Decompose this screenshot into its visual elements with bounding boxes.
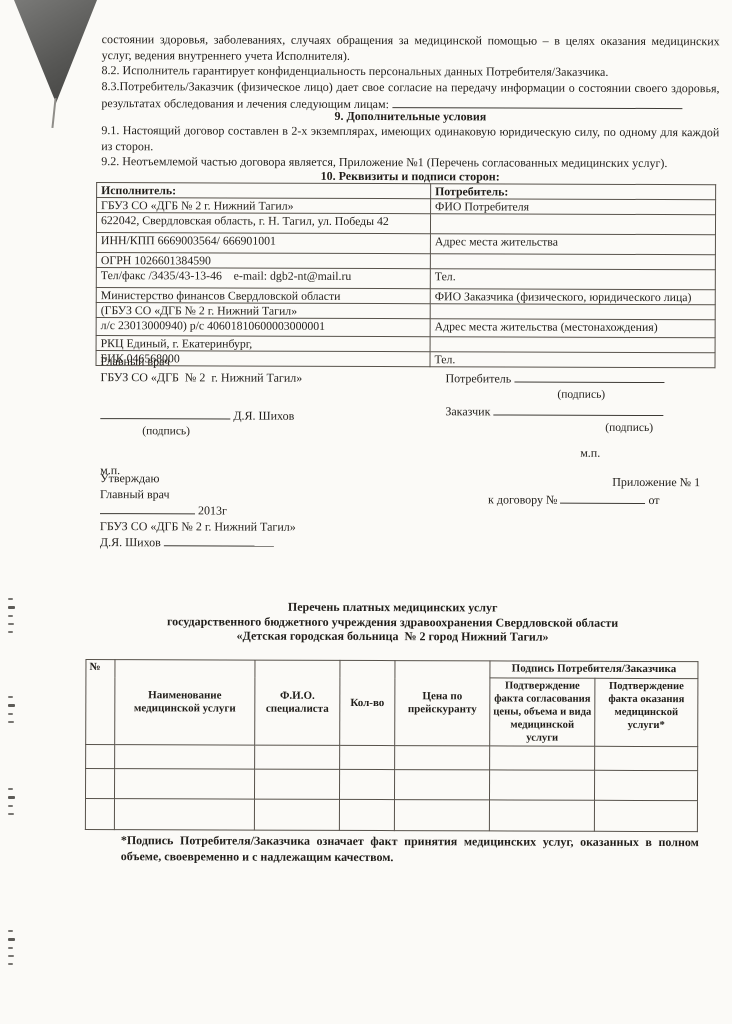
col-qty-header: Кол-во (340, 660, 395, 745)
empty-cell (595, 746, 698, 770)
empty-cell (594, 770, 697, 800)
table-cell (430, 214, 715, 235)
col-specialist-header: Ф.И.О. специалиста (255, 660, 340, 745)
from-label: от (648, 493, 659, 507)
col-sign-confirm-done-header: Подтверждение факта оказания медицинской… (595, 678, 698, 746)
table-cell: Тел/факс /3435/43-13-46 e-mail: dgb2-nt@… (96, 268, 430, 289)
empty-cell (490, 746, 595, 770)
empty-cell (114, 799, 254, 830)
empty-cell (489, 770, 594, 800)
approval-block: Утверждаю Главный врач 2013г ГБУЗ СО «ДГ… (100, 471, 420, 552)
signature-caption: (подпись) (445, 420, 717, 436)
empty-cell (394, 770, 489, 800)
approver-org: ГБУЗ СО «ДГБ № 2 г. Нижний Тагил» (100, 519, 420, 536)
to-contract-label: к договору № (488, 492, 557, 506)
table-row: ОГРН 1026601384590 (96, 253, 715, 270)
table-cell: РКЦ Единый, г. Екатеринбург, (96, 336, 430, 352)
clause-8-intro-continuation: состоянии здоровья, заболеваниях, случая… (102, 32, 720, 65)
table-cell: Тел. (430, 352, 715, 368)
clause-8-2: 8.2. Исполнитель гарантирует конфиденциа… (102, 63, 720, 81)
table-cell: ГБУЗ СО «ДГБ № 2 г. Нижний Тагил» (97, 198, 431, 214)
col-price-header: Цена по прейскуранту (395, 661, 490, 746)
table-row: РКЦ Единый, г. Екатеринбург, (96, 336, 715, 353)
signature-caption: (подпись) (100, 424, 400, 441)
empty-cell (115, 745, 255, 769)
requisites-table: Исполнитель: Потребитель: ГБУЗ СО «ДГБ №… (96, 182, 717, 368)
empty-cell (86, 745, 115, 769)
table-cell: ИНН/КПП 6669003564/ 666901001 (96, 233, 430, 254)
empty-service-row (85, 769, 697, 801)
table-cell (430, 337, 715, 353)
table-cell: Адрес места жительства (местонахождения) (430, 319, 715, 338)
empty-cell (254, 799, 339, 830)
empty-cell (340, 745, 395, 769)
table-row: ИНН/КПП 6669003564/ 666901001 Адрес мест… (96, 233, 715, 255)
empty-cell (114, 769, 254, 799)
empty-service-row (85, 799, 697, 832)
date-line (100, 502, 195, 514)
executor-org: ГБУЗ СО «ДГБ № 2 г. Нижний Тагил» (100, 370, 400, 387)
signature-line (100, 407, 230, 419)
executor-name: Д.Я. Шихов (233, 409, 294, 423)
consumer-signature-block: Потребитель (подпись) Заказчик (подпись)… (445, 370, 717, 461)
approver-name: Д.Я. Шихов (100, 535, 161, 549)
appendix-number: Приложение № 1 (560, 475, 700, 491)
document-content: состоянии здоровья, заболеваниях, случая… (0, 0, 732, 1024)
table-cell: ФИО Потребителя (431, 199, 716, 215)
signature-line (514, 371, 664, 384)
table-row: 622042, Свердловская область, г. Н. Таги… (96, 213, 715, 235)
appendix-title-line3: «Детская городская больница № 2 город Ни… (86, 628, 700, 645)
table-cell: (ГБУЗ СО «ДГБ № 2 г. Нижний Тагил» (96, 303, 430, 319)
empty-cell (255, 745, 340, 769)
table-header-row: № Наименование медицинской услуги Ф.И.О.… (86, 660, 698, 679)
table-cell (430, 304, 715, 320)
appendix-title-line2: государственного бюджетного учреждения з… (86, 614, 700, 631)
table-cell: ФИО Заказчика (физического, юридического… (430, 289, 715, 305)
table-cell: ОГРН 1026601384590 (96, 253, 430, 269)
approval-year: 2013г (198, 503, 227, 517)
empty-cell (339, 799, 394, 830)
seal-caption: м.п. (445, 445, 717, 461)
col-sign-confirm-price-header: Подтверждение факта согласования цены, о… (490, 678, 595, 746)
table-row: л/с 23013000940) р/с 4060181060000300000… (96, 318, 715, 338)
services-table: № Наименование медицинской услуги Ф.И.О.… (85, 659, 699, 832)
table-cell: Министерство финансов Свердловской облас… (96, 288, 430, 304)
col-sign-group-header: Подпись Потребителя/Заказчика (490, 661, 698, 679)
empty-cell (339, 769, 394, 799)
empty-cell (85, 799, 114, 830)
table-row: Тел/факс /3435/43-13-46 e-mail: dgb2-nt@… (96, 268, 715, 290)
empty-service-row (86, 745, 698, 771)
customer-label: Заказчик (445, 404, 490, 418)
executor-header-cell: Исполнитель: (97, 183, 431, 199)
signature-line (164, 534, 274, 546)
executor-role: Главный врач (100, 354, 400, 371)
contract-number-line (560, 492, 645, 504)
scanned-contract-page: состоянии здоровья, заболеваниях, случая… (0, 0, 732, 1024)
table-row: Министерство финансов Свердловской облас… (96, 288, 715, 305)
executor-signature-block: Главный врач ГБУЗ СО «ДГБ № 2 г. Нижний … (100, 354, 400, 480)
consumer-label: Потребитель (445, 371, 511, 385)
empty-cell (85, 769, 114, 799)
table-cell: л/с 23013000940) р/с 4060181060000300000… (96, 318, 430, 337)
col-service-header: Наименование медицинской услуги (115, 660, 255, 745)
approver-role: Главный врач (100, 487, 420, 504)
table-cell: 622042, Свердловская область, г. Н. Таги… (96, 213, 430, 234)
approve-label: Утверждаю (100, 471, 420, 488)
table-cell: Тел. (430, 269, 715, 290)
consumer-header-cell: Потребитель: (431, 184, 716, 200)
empty-cell (394, 800, 489, 831)
appendix-title: Перечень платных медицинских услуг госуд… (86, 599, 700, 645)
table-cell (430, 254, 715, 270)
table-cell: Адрес места жительства (430, 234, 715, 255)
empty-cell (254, 769, 339, 799)
empty-cell (594, 800, 697, 831)
signature-line (493, 403, 663, 416)
empty-cell (489, 800, 594, 831)
services-footnote: *Подпись Потребителя/Заказчика означает … (121, 832, 699, 866)
empty-cell (395, 746, 490, 770)
signature-caption: (подпись) (445, 387, 717, 403)
table-row: (ГБУЗ СО «ДГБ № 2 г. Нижний Тагил» (96, 303, 715, 320)
table-row: ГБУЗ СО «ДГБ № 2 г. Нижний Тагил» ФИО По… (97, 198, 716, 215)
clause-9-1: 9.1. Настоящий договор составлен в 2-х э… (101, 123, 719, 156)
fill-in-line (392, 96, 682, 109)
col-no-header: № (86, 660, 115, 745)
appendix-contract-ref: к договору № от (488, 491, 718, 508)
